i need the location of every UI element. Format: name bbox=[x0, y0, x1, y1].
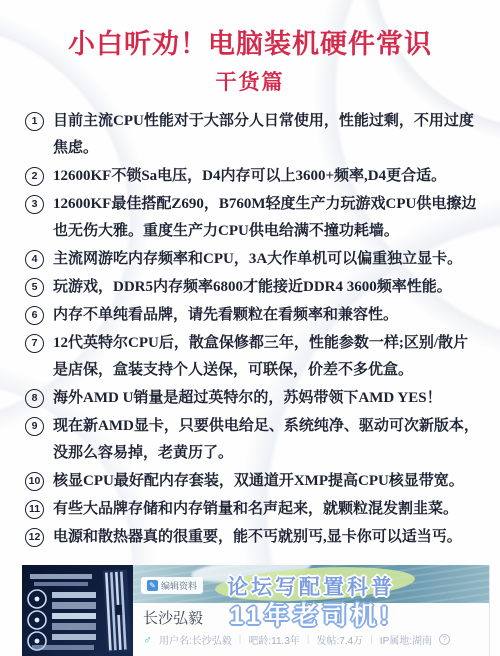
tip-item: 1 目前主流CPU性能对于大部分人日常使用，性能过剩，不用过度焦虑。 bbox=[25, 108, 480, 162]
tieba-profile-card: ✎ 编辑资料 论坛写配置科普 11年老司机! 长沙弘毅 ♂ 用户名:长沙弘毅|吧… bbox=[133, 565, 490, 656]
tip-item: 11 有些大品牌存储和内存销量和名声起来，就颗粒混发割韭菜。 bbox=[25, 496, 480, 523]
tip-text: 有些大品牌存储和内存销量和名声起来，就颗粒混发割韭菜。 bbox=[53, 496, 458, 523]
stat-separator: | bbox=[370, 634, 373, 645]
tip-number: 5 bbox=[25, 278, 44, 297]
tip-item: 4 主流网游吃内存频率和CPU，3A大作单机可以偏重独立显卡。 bbox=[25, 246, 480, 273]
tips-list: 1 目前主流CPU性能对于大部分人日常使用，性能过剩，不用过度焦虑。 2 126… bbox=[25, 108, 480, 552]
stat-separator: | bbox=[307, 634, 310, 645]
tip-item: 5 玩游戏，DDR5内存频率6800才能接近DDR4 3600频率性能。 bbox=[25, 274, 480, 301]
tip-item: 10 核显CPU最好配内存套装，双通道开XMP提高CPU核显带宽。 bbox=[25, 468, 480, 495]
tip-number: 3 bbox=[25, 195, 44, 214]
tip-text: 主流网游吃内存频率和CPU，3A大作单机可以偏重独立显卡。 bbox=[53, 246, 462, 273]
title-block: 小白听劝！电脑装机硬件常识 干货篇 bbox=[0, 0, 500, 96]
stat-separator: | bbox=[239, 634, 242, 645]
overlay-text-line2: 11年老司机! bbox=[230, 596, 393, 632]
tip-number: 8 bbox=[25, 389, 44, 408]
tip-text: 核显CPU最好配内存套装，双通道开XMP提高CPU核显带宽。 bbox=[53, 468, 464, 495]
tip-text: 现在新AMD显卡，只要供电给足、系统纯净、驱动可次新版本，没那么容易掉，老黄历了… bbox=[53, 413, 480, 467]
poster-page: 小白听劝！电脑装机硬件常识 干货篇 1 目前主流CPU性能对于大部分人日常使用，… bbox=[0, 0, 500, 656]
pc-case-photo bbox=[22, 565, 133, 656]
tip-number: 9 bbox=[25, 417, 44, 436]
tip-text: 目前主流CPU性能对于大部分人日常使用，性能过剩，不用过度焦虑。 bbox=[53, 108, 480, 162]
profile-stat: IP属地:湖南 bbox=[380, 632, 432, 647]
tip-text: 内存不单纯看品牌，请先看颗粒在看频率和兼容性。 bbox=[53, 302, 398, 329]
tip-number: 6 bbox=[25, 306, 44, 325]
tip-item: 6 内存不单纯看品牌，请先看颗粒在看频率和兼容性。 bbox=[25, 302, 480, 329]
tip-number: 2 bbox=[25, 167, 44, 186]
profile-stat: 用户名:长沙弘毅 bbox=[159, 632, 232, 647]
tip-text: 12代英特尔CPU后，散盒保修都三年，性能参数一样;区别/散片是店保，盒装支持个… bbox=[53, 330, 480, 384]
tip-item: 2 12600KF不锁Sa电压，D4内存可以上3600+频率,D4更合适。 bbox=[25, 163, 480, 190]
ip-info-icon[interactable]: ? bbox=[439, 634, 450, 645]
tip-text: 海外AMD U销量是超过英特尔的，苏妈带领下AMD YES！ bbox=[53, 385, 442, 412]
gender-male-icon: ♂ bbox=[143, 634, 152, 646]
tip-item: 3 12600KF最佳搭配Z690，B760M轻度生产力玩游戏CPU供电擦边也无… bbox=[25, 191, 480, 245]
profile-stat: 吧龄:11.3年 bbox=[248, 632, 300, 647]
tip-item: 8 海外AMD U销量是超过英特尔的，苏妈带领下AMD YES！ bbox=[25, 385, 480, 412]
edit-pencil-icon: ✎ bbox=[147, 580, 158, 591]
tip-text: 12600KF最佳搭配Z690，B760M轻度生产力玩游戏CPU供电擦边也无伤大… bbox=[53, 191, 480, 245]
profile-stats-row: ♂ 用户名:长沙弘毅|吧龄:11.3年|发帖:7.4万|IP属地:湖南? bbox=[143, 632, 450, 647]
username: 长沙弘毅 bbox=[143, 607, 203, 628]
tip-number: 11 bbox=[25, 500, 44, 519]
tip-text: 电源和散热器真的很重要，能不丐就别丐,显卡你可以适当丐。 bbox=[53, 524, 462, 551]
profile-stat: 发帖:7.4万 bbox=[317, 632, 364, 647]
tip-number: 10 bbox=[25, 472, 44, 491]
tip-item: 7 12代英特尔CPU后，散盒保修都三年，性能参数一样;区别/散片是店保，盒装支… bbox=[25, 330, 480, 384]
tip-number: 4 bbox=[25, 250, 44, 269]
tip-text: 玩游戏，DDR5内存频率6800才能接近DDR4 3600频率性能。 bbox=[53, 274, 452, 301]
tip-number: 12 bbox=[25, 528, 44, 547]
edit-profile-button[interactable]: ✎ 编辑资料 bbox=[141, 577, 203, 594]
edit-profile-label: 编辑资料 bbox=[161, 579, 197, 592]
page-title: 小白听劝！电脑装机硬件常识 bbox=[0, 22, 500, 61]
tip-number: 1 bbox=[25, 112, 44, 131]
tip-item: 12 电源和散热器真的很重要，能不丐就别丐,显卡你可以适当丐。 bbox=[25, 524, 480, 551]
tip-number: 7 bbox=[25, 334, 44, 353]
tip-text: 12600KF不锁Sa电压，D4内存可以上3600+频率,D4更合适。 bbox=[53, 163, 446, 190]
profile-banner: ✎ 编辑资料 论坛写配置科普 11年老司机! 长沙弘毅 ♂ 用户名:长沙弘毅|吧… bbox=[22, 565, 490, 656]
tip-item: 9 现在新AMD显卡，只要供电给足、系统纯净、驱动可次新版本，没那么容易掉，老黄… bbox=[25, 413, 480, 467]
page-subtitle: 干货篇 bbox=[0, 66, 500, 96]
